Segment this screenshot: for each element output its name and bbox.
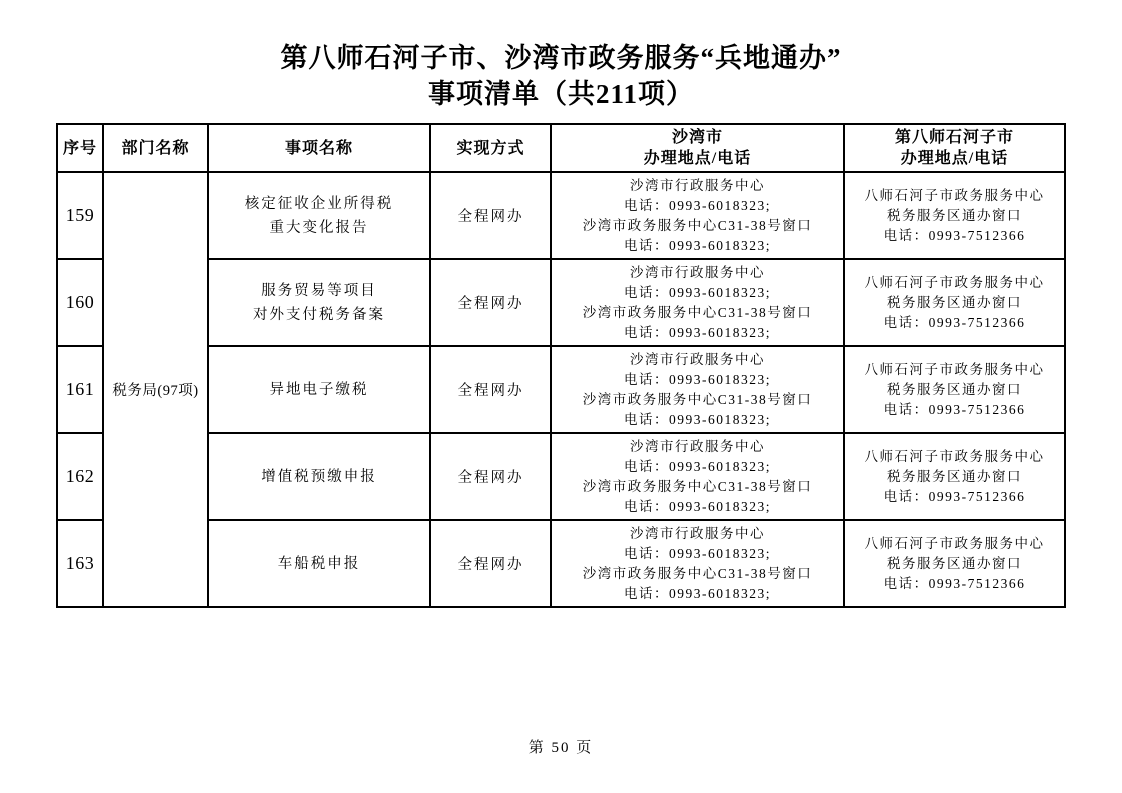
item-name-cell: 服务贸易等项目 对外支付税务备案	[208, 259, 430, 346]
row-number-cell: 160	[57, 259, 103, 346]
item-name-cell: 异地电子缴税	[208, 346, 430, 433]
bashi-contact-cell: 八师石河子市政务服务中心 税务服务区通办窗口 电话：0993-7512366	[844, 259, 1065, 346]
item-name-cell: 车船税申报	[208, 520, 430, 607]
bashi-contact-cell: 八师石河子市政务服务中心 税务服务区通办窗口 电话：0993-7512366	[844, 172, 1065, 259]
row-number-cell: 159	[57, 172, 103, 259]
row-number-cell: 162	[57, 433, 103, 520]
department-cell: 税务局(97项)	[103, 172, 208, 607]
shawan-contact-cell: 沙湾市行政服务中心 电话：0993-6018323; 沙湾市政务服务中心C31-…	[551, 346, 844, 433]
shawan-contact-cell: 沙湾市行政服务中心 电话：0993-6018323; 沙湾市政务服务中心C31-…	[551, 259, 844, 346]
column-header-department: 部门名称	[103, 124, 208, 172]
method-cell: 全程网办	[430, 346, 551, 433]
document-page: 第八师石河子市、沙湾市政务服务“兵地通办” 事项清单（共211项） 序号 部门名…	[0, 0, 1122, 793]
column-header-number: 序号	[57, 124, 103, 172]
document-title-line1: 第八师石河子市、沙湾市政务服务“兵地通办”	[0, 40, 1122, 76]
shawan-contact-cell: 沙湾市行政服务中心 电话：0993-6018323; 沙湾市政务服务中心C31-…	[551, 520, 844, 607]
method-cell: 全程网办	[430, 520, 551, 607]
document-title-line2: 事项清单（共211项）	[0, 76, 1122, 112]
bashi-contact-cell: 八师石河子市政务服务中心 税务服务区通办窗口 电话：0993-7512366	[844, 346, 1065, 433]
column-header-item: 事项名称	[208, 124, 430, 172]
method-cell: 全程网办	[430, 172, 551, 259]
row-number-cell: 163	[57, 520, 103, 607]
method-cell: 全程网办	[430, 433, 551, 520]
page-number: 第 50 页	[0, 736, 1122, 757]
shawan-contact-cell: 沙湾市行政服务中心 电话：0993-6018323; 沙湾市政务服务中心C31-…	[551, 433, 844, 520]
row-number-cell: 161	[57, 346, 103, 433]
column-header-bashi: 第八师石河子市 办理地点/电话	[844, 124, 1065, 172]
method-cell: 全程网办	[430, 259, 551, 346]
table-row: 162 增值税预缴申报 全程网办 沙湾市行政服务中心 电话：0993-60183…	[57, 433, 1065, 520]
column-header-shawan: 沙湾市 办理地点/电话	[551, 124, 844, 172]
shawan-contact-cell: 沙湾市行政服务中心 电话：0993-6018323; 沙湾市政务服务中心C31-…	[551, 172, 844, 259]
item-name-cell: 增值税预缴申报	[208, 433, 430, 520]
service-items-table: 序号 部门名称 事项名称 实现方式 沙湾市 办理地点/电话 第八师石河子市 办理…	[56, 123, 1066, 608]
table-row: 160 服务贸易等项目 对外支付税务备案 全程网办 沙湾市行政服务中心 电话：0…	[57, 259, 1065, 346]
item-name-cell: 核定征收企业所得税 重大变化报告	[208, 172, 430, 259]
table-header-row: 序号 部门名称 事项名称 实现方式 沙湾市 办理地点/电话 第八师石河子市 办理…	[57, 124, 1065, 172]
table-row: 159 税务局(97项) 核定征收企业所得税 重大变化报告 全程网办 沙湾市行政…	[57, 172, 1065, 259]
column-header-method: 实现方式	[430, 124, 551, 172]
table-row: 163 车船税申报 全程网办 沙湾市行政服务中心 电话：0993-6018323…	[57, 520, 1065, 607]
table-row: 161 异地电子缴税 全程网办 沙湾市行政服务中心 电话：0993-601832…	[57, 346, 1065, 433]
bashi-contact-cell: 八师石河子市政务服务中心 税务服务区通办窗口 电话：0993-7512366	[844, 433, 1065, 520]
bashi-contact-cell: 八师石河子市政务服务中心 税务服务区通办窗口 电话：0993-7512366	[844, 520, 1065, 607]
document-title: 第八师石河子市、沙湾市政务服务“兵地通办” 事项清单（共211项）	[0, 0, 1122, 112]
